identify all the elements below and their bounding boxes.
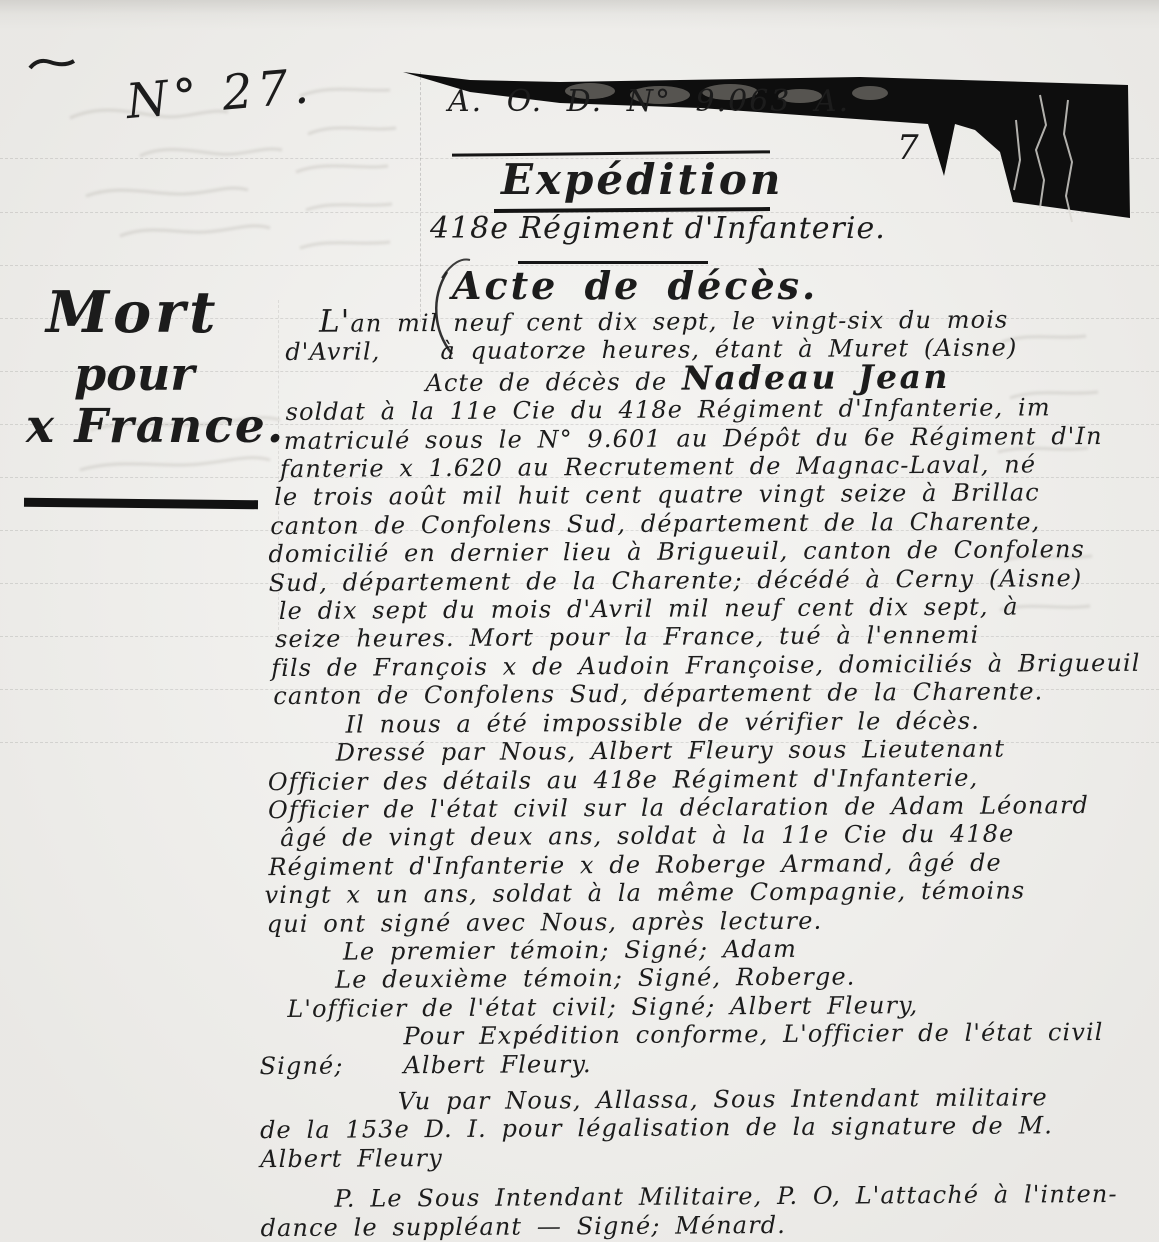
line-text: soldat à la 11e Cie du 418e Régiment d'I… [286, 394, 1051, 427]
margin-caption-line: x France. [26, 401, 285, 453]
line-text: Vu par Nous, Allassa, Sous Intendant mil… [398, 1083, 1048, 1115]
document-line: canton de Confolens Sud, département de … [273, 677, 1159, 711]
line-text: le trois août mil huit cent quatre vingt… [274, 479, 1040, 512]
line-text: Albert Fleury [260, 1144, 443, 1173]
line-text: canton de Confolens Sud, département de … [273, 678, 1043, 711]
line-margin-word: Signé; [260, 1051, 344, 1080]
document-line: Vu par Nous, Allassa, Sous Intendant mil… [398, 1083, 1159, 1116]
margin-caption-line: Mort [46, 282, 285, 345]
line-text: Le premier témoin; Signé; Adam [343, 935, 797, 966]
line-text: Sud, département de la Charente; décédé … [269, 564, 1083, 597]
document-line: Acte de décès de Nadeau Jean [425, 361, 1159, 397]
line-text: vingt x un ans, soldat à la même Compagn… [265, 877, 1026, 910]
line-text: de la 153e D. I. pour légalisation de la… [260, 1112, 1053, 1145]
margin-thick-underline [24, 498, 258, 509]
line-text: Albert Fleury. [403, 1050, 591, 1079]
document-line: Pour Expédition conforme, L'officier de … [403, 1018, 1159, 1051]
act-title: Acte de décès. [452, 263, 818, 308]
document-line: Albert Fleury [260, 1139, 1159, 1173]
document-line: dance le suppléant — Signé; Ménard. [261, 1208, 1159, 1242]
margin-caption-line: pour [74, 349, 285, 400]
line-text: an mil neuf cent dix sept, le vingt-six … [350, 306, 1008, 338]
line-text: qui ont signé avec Nous, après lecture. [267, 906, 823, 937]
line-text: seize heures. Mort pour la France, tué à… [275, 621, 980, 653]
expedition-title: Expédition [501, 155, 783, 204]
line-text: Il nous a été impossible de vérifier le … [345, 706, 980, 738]
line-initial: L' [319, 304, 351, 340]
document-line: Signé;Albert Fleury. [260, 1046, 1159, 1080]
corner-mark: 7 [897, 128, 919, 168]
line-text: P. Le Sous Intendant Militaire, P. O, L'… [334, 1180, 1117, 1213]
line-margin-word: d'Avril, [285, 338, 380, 367]
line-text: dance le suppléant — Signé; Ménard. [261, 1211, 786, 1242]
act-body-text: L'an mil neuf cent dix sept, le vingt-si… [283, 303, 1159, 1242]
line-text: Régiment d'Infanterie x de Roberge Arman… [268, 848, 1002, 880]
document-line: Officier de l'état civil sur la déclarat… [268, 790, 1159, 824]
line-text: le dix sept du mois d'Avril mil neuf cen… [279, 593, 1019, 626]
line-text: domicilié en dernier lieu à Brigueuil, c… [268, 535, 1085, 568]
line-text: Pour Expédition conforme, L'officier de … [403, 1018, 1103, 1050]
line-text: Officier des détails au 418e Régiment d'… [268, 763, 979, 795]
line-name-emphasis: Nadeau Jean [682, 357, 950, 398]
document-line: de la 153e D. I. pour légalisation de la… [260, 1111, 1159, 1145]
document-line: Sud, département de la Charente; décédé … [269, 563, 1159, 597]
act-number: N° 27. [124, 58, 316, 130]
line-text: Officier de l'état civil sur la déclarat… [268, 791, 1089, 824]
line-text: Le deuxième témoin; Signé, Roberge. [335, 963, 856, 994]
line-text: Dressé par Nous, Albert Fleury sous Lieu… [336, 735, 1006, 767]
document-line: vingt x un ans, soldat à la même Compagn… [265, 876, 1159, 910]
line-text: canton de Confolens Sud, département de … [270, 507, 1040, 540]
line-text: matriculé sous le N° 9.601 au Dépôt du 6… [284, 422, 1103, 455]
scanned-document-page: { "colors": { "paper": "#f2f1ee", "ink":… [0, 0, 1159, 1242]
line-text: Acte de décès de [425, 367, 682, 397]
line-text: âgé de vingt deux ans, soldat à la 11e C… [280, 820, 1014, 852]
registry-reference: A. O. D. N° 9.063 A. [448, 84, 850, 119]
column-rule [420, 72, 421, 322]
line-text: L'officier de l'état civil; Signé; Alber… [287, 991, 918, 1023]
mort-pour-la-france-caption: Mortpourx France. [26, 282, 285, 453]
line-text: fanterie x 1.620 au Recrutement de Magna… [280, 450, 1036, 483]
regiment-title: 418e Régiment d'Infanterie. [430, 211, 886, 246]
document-line: P. Le Sous Intendant Militaire, P. O, L'… [334, 1180, 1159, 1214]
